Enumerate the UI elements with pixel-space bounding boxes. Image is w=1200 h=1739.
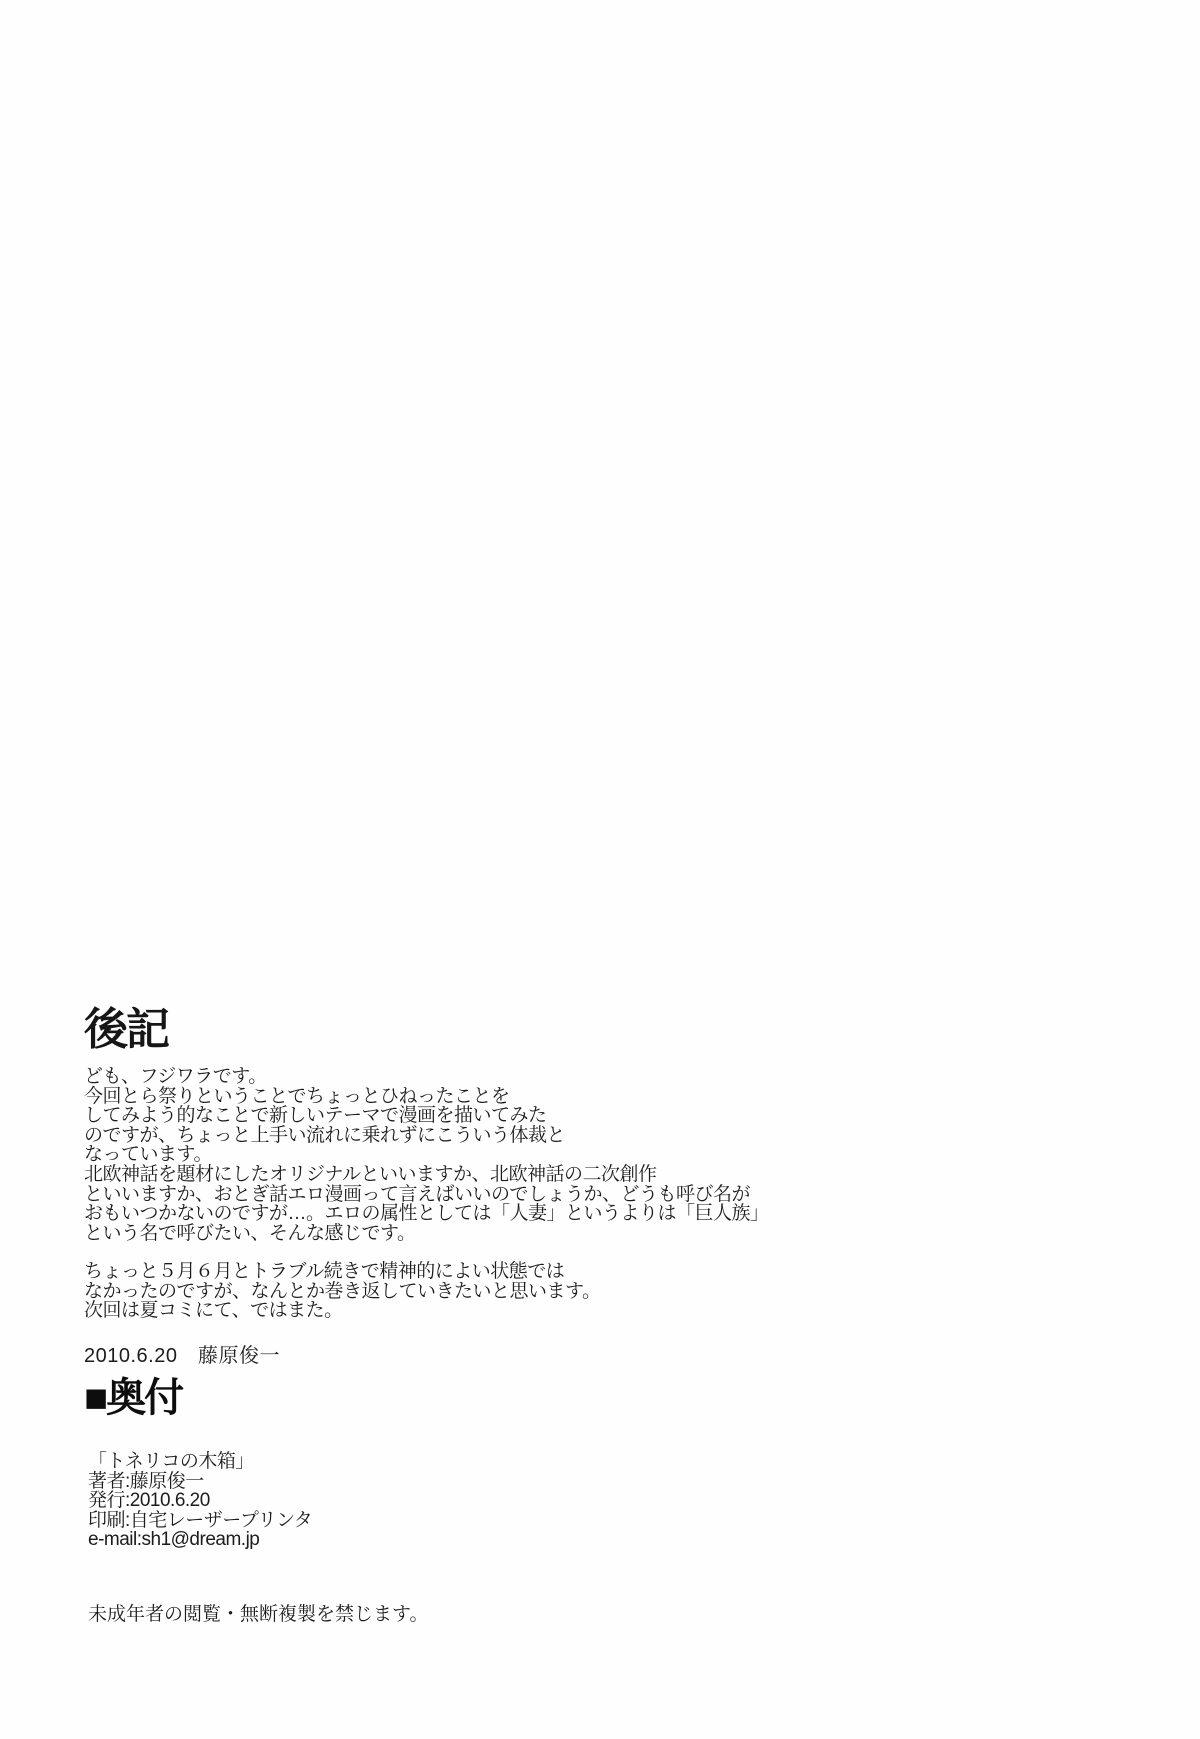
afterword-line: ちょっと５月６月とトラブル続きで精神的によい状態では xyxy=(84,1262,600,1282)
colophon-email: e-mail:sh1@dream.jp xyxy=(88,1530,312,1550)
date-and-author: 2010.6.20 藤原俊一 xyxy=(84,1339,280,1368)
disclaimer-text: 未成年者の閲覧・無断複製を禁じます。 xyxy=(88,1599,428,1626)
afterword-heading: 後記 xyxy=(84,1008,168,1052)
afterword-line: ども、フジワラです。 xyxy=(84,1067,769,1087)
afterword-line: 今回とら祭りということでちょっとひねったことを xyxy=(84,1087,769,1107)
colophon-block: 「トネリコの木箱」 著者:藤原俊一 発行:2010.6.20 印刷:自宅レーザー… xyxy=(88,1452,312,1550)
colophon-author: 著者:藤原俊一 xyxy=(88,1472,312,1492)
colophon-heading: ■奥付 xyxy=(84,1378,182,1418)
afterword-line: なかったのですが、なんとか巻き返していきたいと思います。 xyxy=(84,1282,600,1302)
afterword-line: のですが、ちょっと上手い流れに乗れずにこういう体裁と xyxy=(84,1126,769,1146)
afterword-line: といいますか、おとぎ話エロ漫画って言えばいいのでしょうか、どうも呼び名が xyxy=(84,1185,769,1205)
afterword-line: 次回は夏コミにて、ではまた。 xyxy=(84,1301,600,1321)
afterword-line: なっています。 xyxy=(84,1145,769,1165)
afterword-paragraph-2: ちょっと５月６月とトラブル続きで精神的によい状態では なかったのですが、なんとか… xyxy=(84,1262,600,1321)
scanned-afterword-page: 後記 ども、フジワラです。 今回とら祭りということでちょっとひねったことを して… xyxy=(0,0,1200,1739)
afterword-line: という名で呼びたい、そんな感じです。 xyxy=(84,1224,769,1244)
colophon-publish-date: 発行:2010.6.20 xyxy=(88,1491,312,1511)
colophon-title: 「トネリコの木箱」 xyxy=(88,1452,312,1472)
afterword-line: してみよう的なことで新しいテーマで漫画を描いてみた xyxy=(84,1106,769,1126)
afterword-paragraph-1: ども、フジワラです。 今回とら祭りということでちょっとひねったことを してみよう… xyxy=(84,1067,769,1243)
afterword-line: 北欧神話を題材にしたオリジナルといいますか、北欧神話の二次創作 xyxy=(84,1165,769,1185)
afterword-line: おもいつかないのですが…。エロの属性としては「人妻」というよりは「巨人族」 xyxy=(84,1204,769,1224)
colophon-printer: 印刷:自宅レーザープリンタ xyxy=(88,1511,312,1531)
